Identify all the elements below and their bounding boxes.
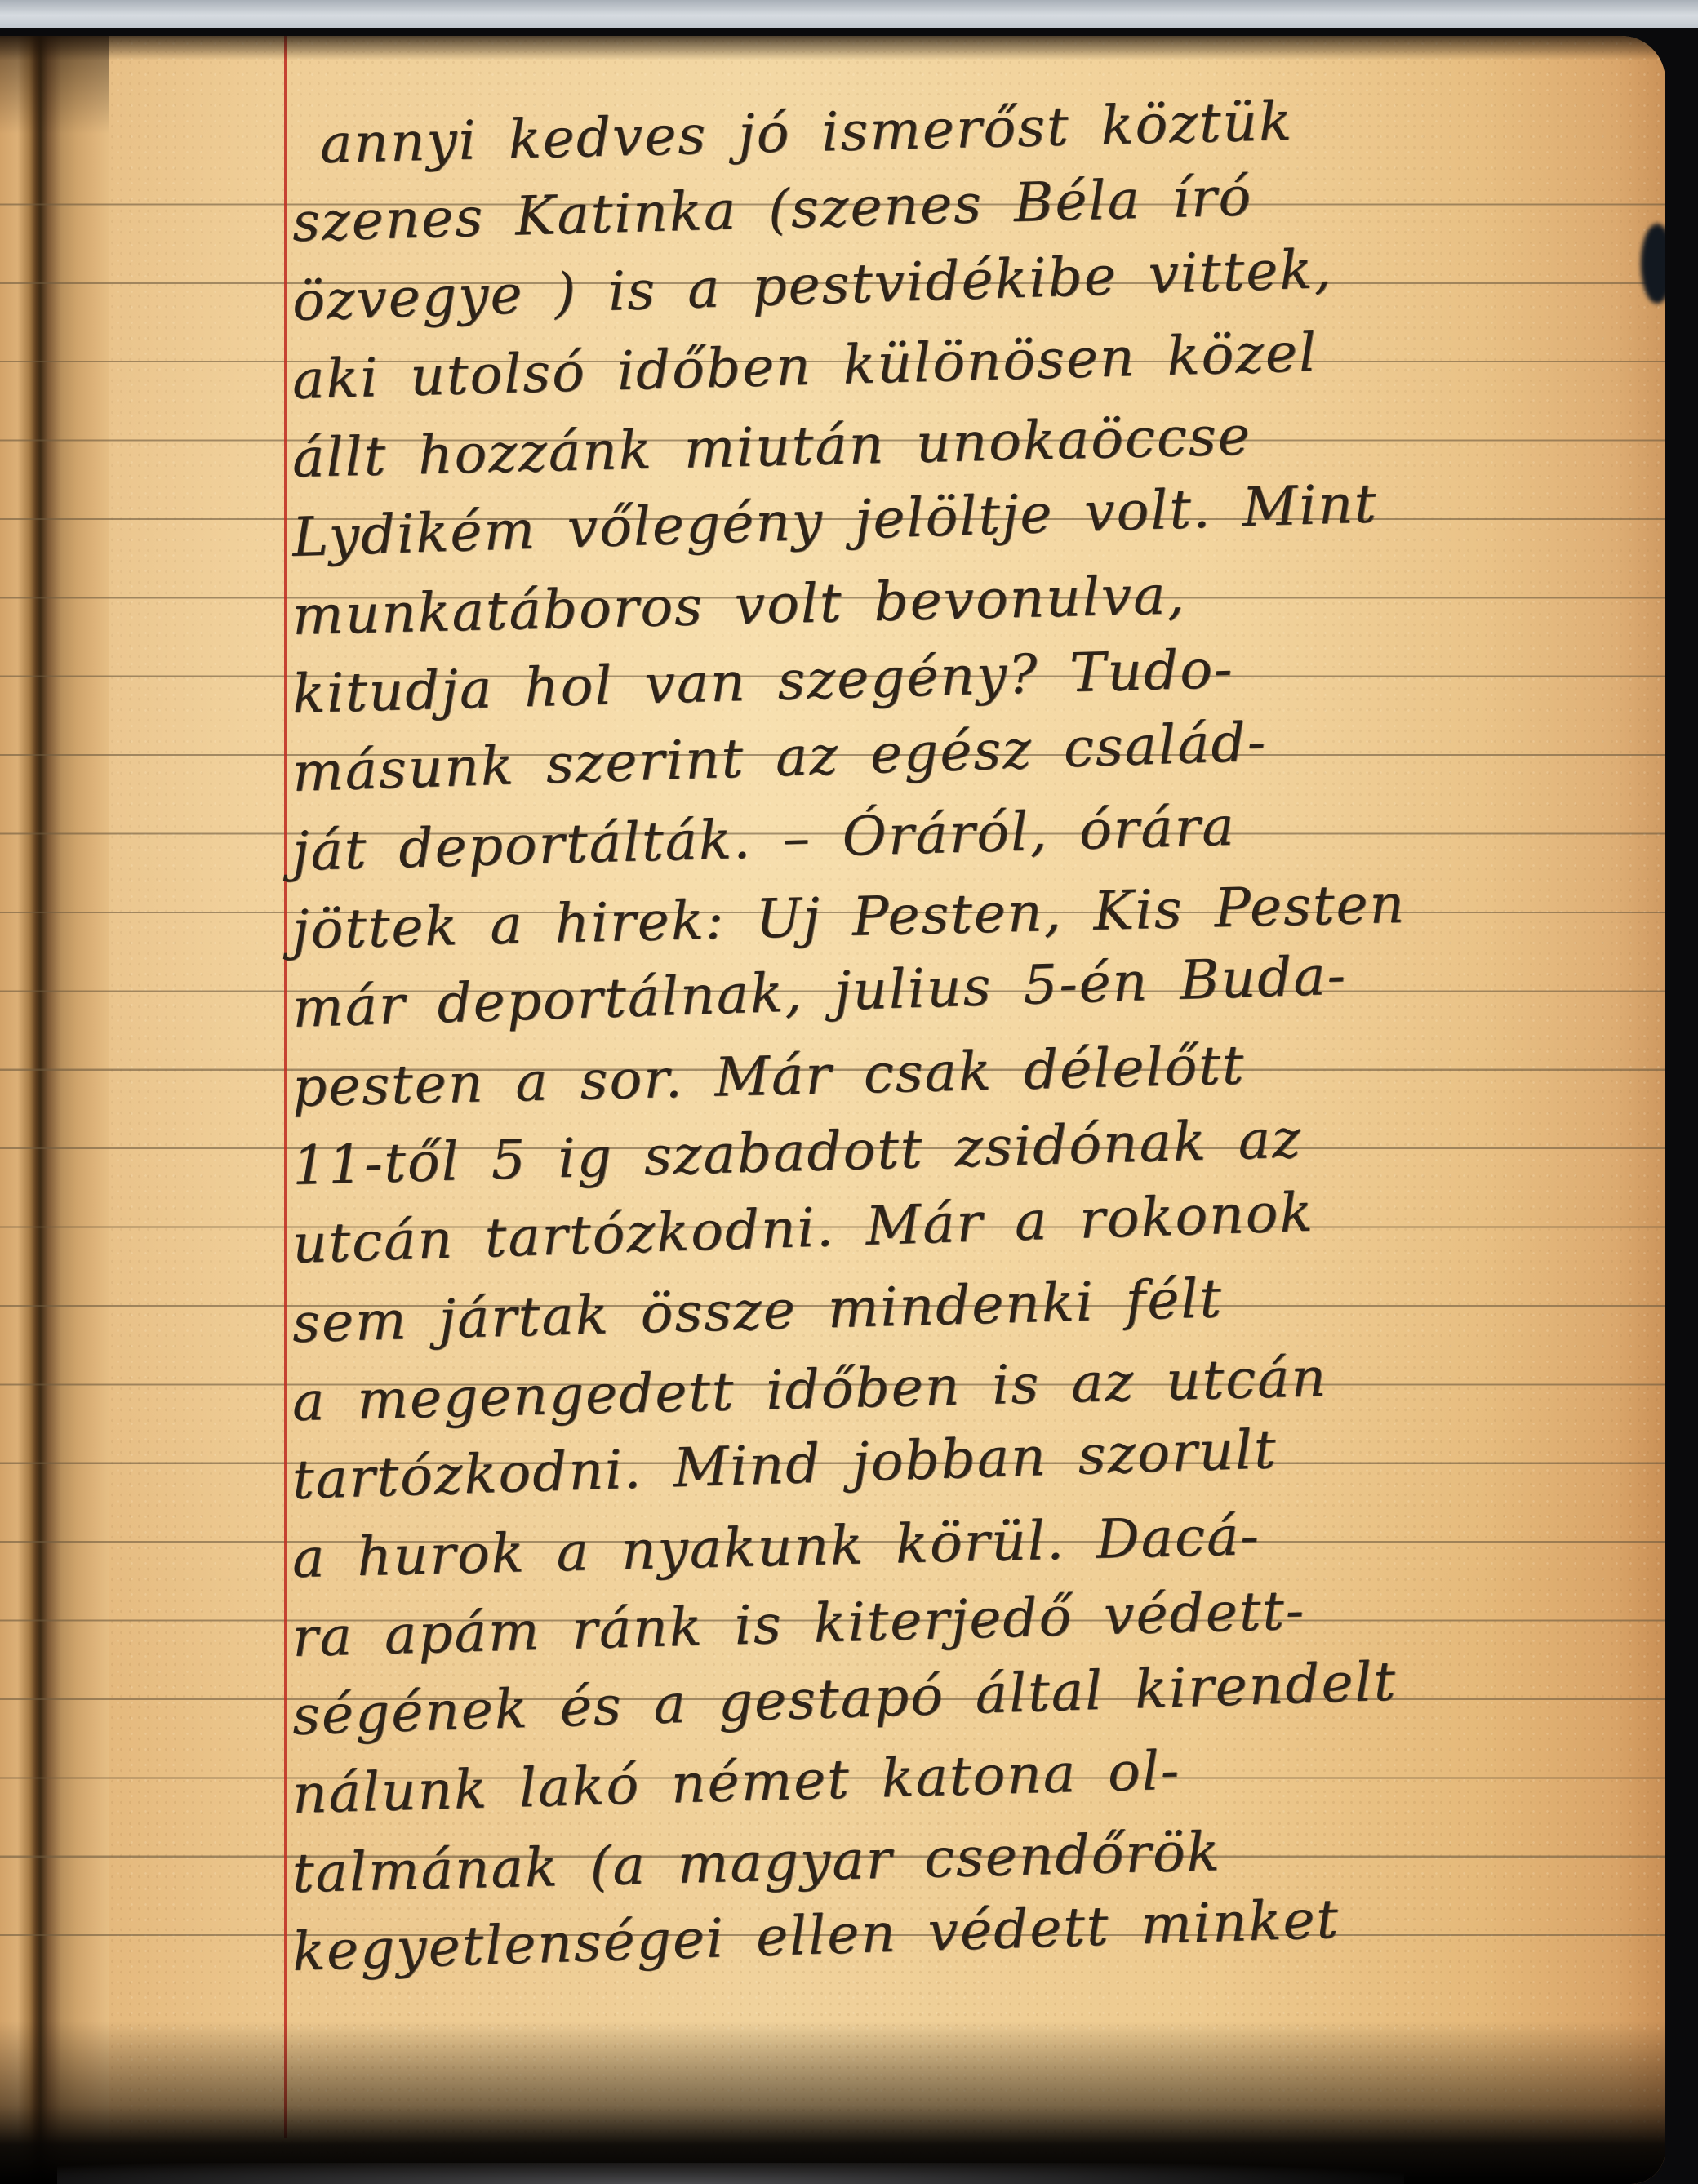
scanner-bed-strip bbox=[0, 0, 1698, 28]
notebook-page-scan: annyi kedves jó ismerőst köztükszenes Ka… bbox=[0, 36, 1665, 2184]
handwritten-line: már deportálnak, julius 5-én Buda- bbox=[291, 949, 1348, 1037]
handwritten-line: jöttek a hirek: Uj Pesten, Kis Pesten bbox=[291, 877, 1406, 957]
handwritten-line: aki utolsó időben különösen közel bbox=[291, 326, 1318, 407]
handwritten-line: pesten a sor. Már csak délelőtt bbox=[291, 1038, 1246, 1114]
handwritten-line: talmának (a magyar csendőrök bbox=[291, 1825, 1221, 1901]
handwritten-line: 11-től 5 ig szabadott zsidónak az bbox=[291, 1112, 1303, 1192]
handwritten-line: utcán tartózkodni. Már a rokonok bbox=[291, 1186, 1314, 1272]
handwritten-line: munkatáboros volt bevonulva, bbox=[291, 568, 1186, 643]
handwritten-line: szenes Katinka (szenes Béla író bbox=[291, 170, 1253, 250]
handwritten-line: özvegye ) is a pestvidékibe vittek, bbox=[291, 242, 1333, 329]
handwritten-line: ségének és a gestapó által kirendelt bbox=[291, 1654, 1398, 1742]
handwritten-line: ra apám ránk is kiterjedő védett- bbox=[291, 1583, 1306, 1665]
handwritten-line: tartózkodni. Mind jobban szorult bbox=[291, 1423, 1278, 1507]
handwritten-line: Lydikém vőlegény jelöltje volt. Mint bbox=[291, 477, 1378, 565]
handwritten-line: a megengedett időben is az utcán bbox=[291, 1351, 1327, 1429]
handwritten-line: kegyetlenségei ellen védett minket bbox=[291, 1893, 1340, 1979]
handwritten-line: állt hozzánk miután unokaöccse bbox=[291, 410, 1251, 486]
handwritten-line: nálunk lakó német katona ol- bbox=[291, 1744, 1181, 1822]
handwritten-line: sem jártak össze mindenki félt bbox=[291, 1272, 1224, 1351]
handwritten-line: a hurok a nyakunk körül. Dacá- bbox=[291, 1509, 1260, 1586]
handwritten-line: kitudja hol van szegény? Tudo- bbox=[291, 642, 1234, 721]
handwritten-line: másunk szerint az egész család- bbox=[291, 716, 1268, 800]
handwritten-line: ját deportálták. – Óráról, órára bbox=[291, 799, 1236, 878]
scanned-diary-photo: { "document": { "type": "handwritten dia… bbox=[0, 0, 1698, 2184]
handwritten-line: annyi kedves jó ismerőst köztük bbox=[319, 95, 1293, 171]
handwriting-layer: annyi kedves jó ismerőst köztükszenes Ka… bbox=[0, 36, 1665, 2184]
scan-bottom-reflection bbox=[57, 2163, 1404, 2184]
